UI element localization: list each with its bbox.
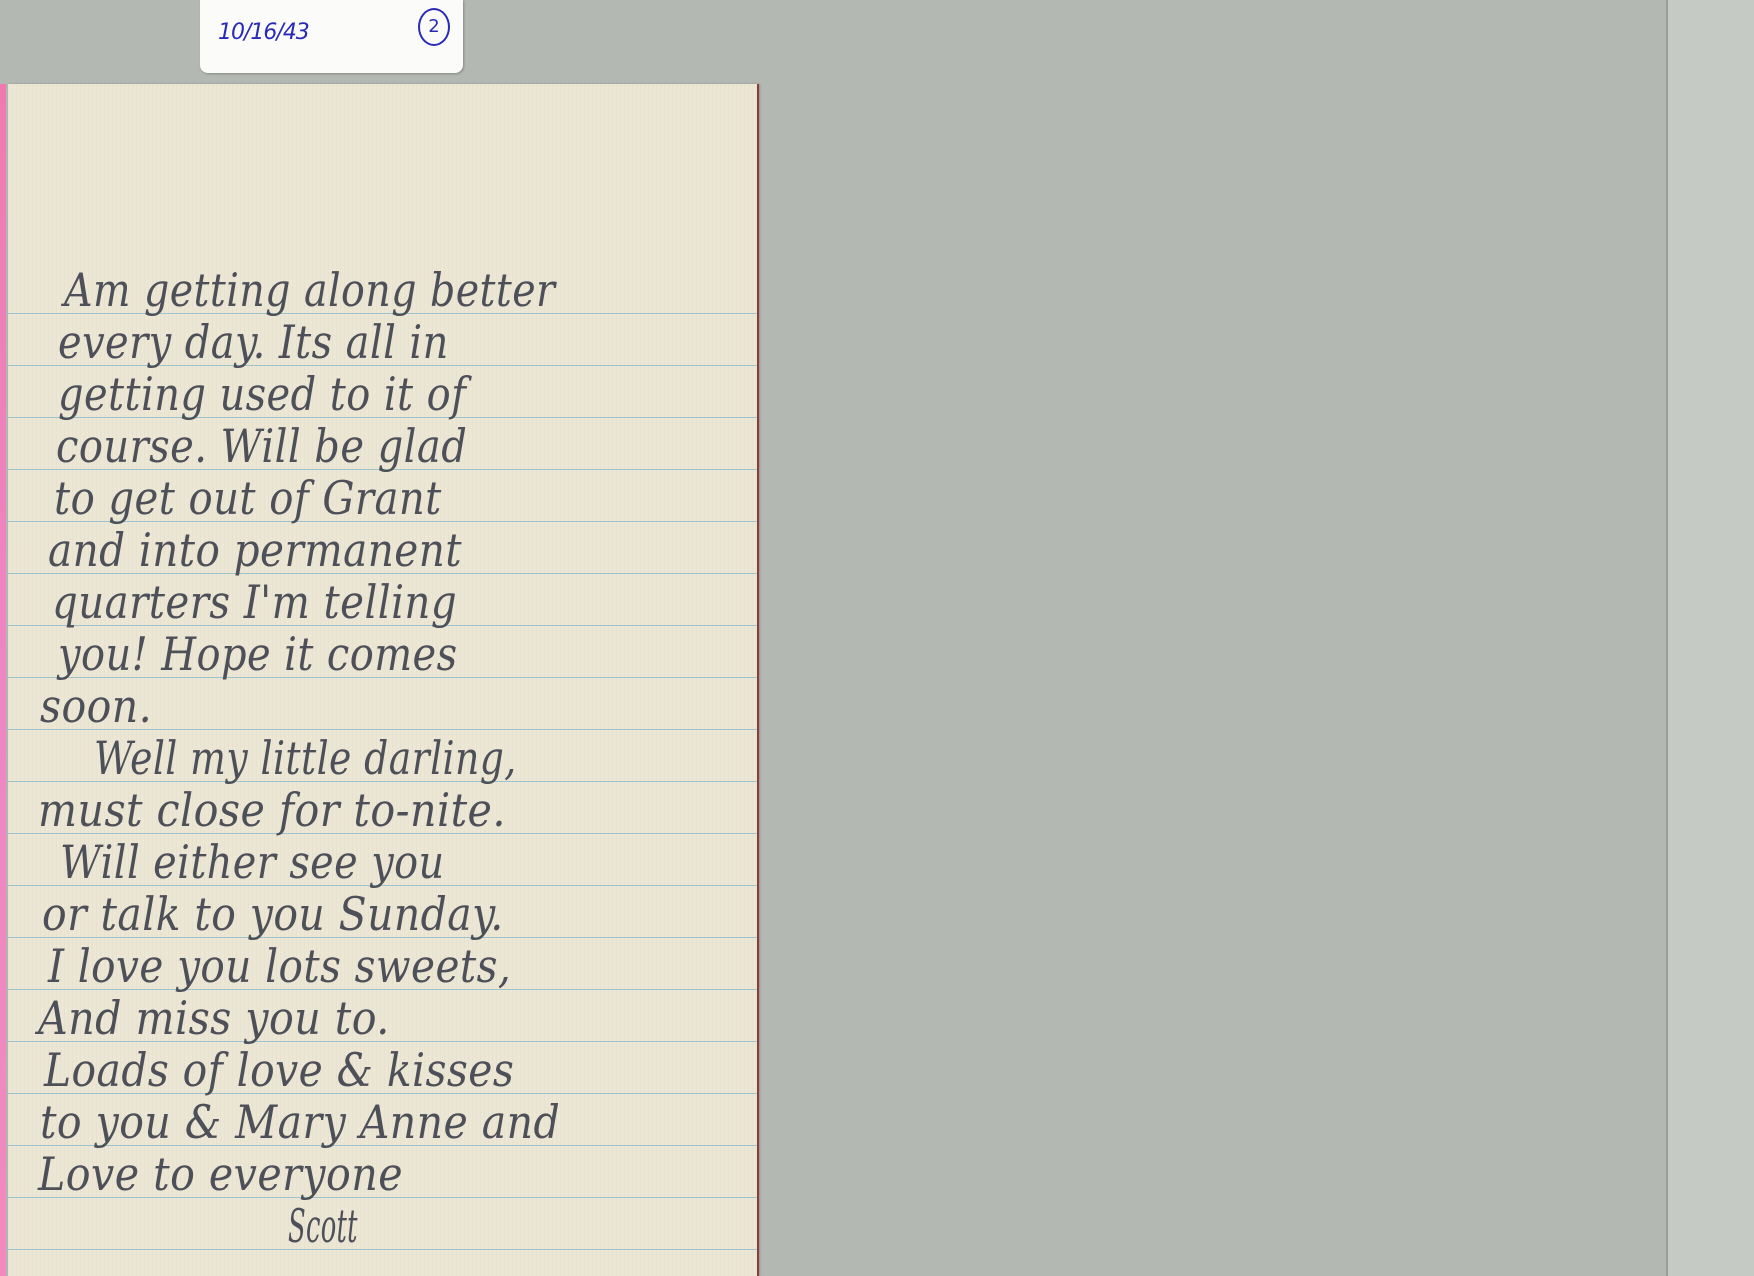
letter-line: to you & Mary Anne and	[40, 1096, 708, 1148]
scanner-edge-strip	[1666, 0, 1754, 1276]
letter-line: And miss you to.	[38, 992, 708, 1044]
letter-line: Love to everyone	[38, 1148, 708, 1200]
letter-line: or talk to you Sunday.	[42, 888, 708, 940]
letter-line: soon.	[40, 680, 708, 732]
letter-line: and into permanent	[48, 524, 708, 576]
letter-line: quarters I'm telling	[52, 576, 708, 628]
letter-line: I love you lots sweets,	[48, 940, 708, 992]
letter-signature: Scott	[288, 1200, 708, 1252]
label-page-number: 2	[418, 8, 450, 46]
letter-line: must close for to-nite.	[38, 784, 708, 836]
letter-line: Am getting along better	[64, 264, 708, 316]
letter-line: Will either see you	[60, 836, 708, 888]
letter-line: you! Hope it comes	[58, 628, 708, 680]
letter-line: Well my little darling,	[94, 732, 708, 784]
letter-line: Loads of love & kisses	[44, 1044, 708, 1096]
letter-line: course. Will be glad	[56, 420, 708, 472]
archive-label: 10/16/43 2	[200, 0, 463, 73]
letter-line: getting used to it of	[58, 368, 708, 420]
letter-line: every day. Its all in	[58, 316, 708, 368]
letter-line: to get out of Grant	[54, 472, 708, 524]
label-date: 10/16/43	[218, 20, 309, 45]
paper-edge-highlight	[0, 84, 6, 1276]
letter-page: Am getting along better every day. Its a…	[8, 84, 759, 1276]
